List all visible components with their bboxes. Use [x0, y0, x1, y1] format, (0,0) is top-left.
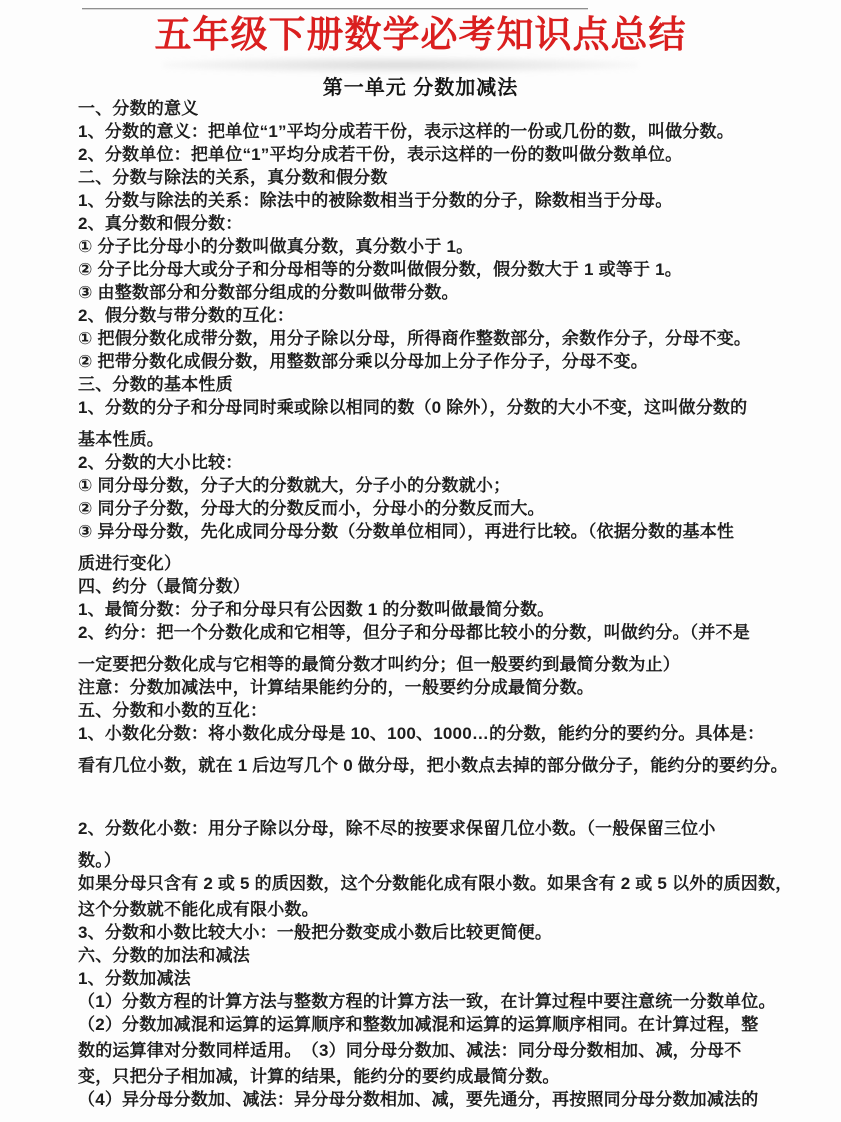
text-line: ③ 由整数部分和分数部分组成的分数叫做带分数。: [78, 281, 778, 304]
text-line: 1、分数加减法: [78, 967, 778, 990]
text-line: ③ 异分母分数，先化成同分母分数（分数单位相同），再进行比较。（依据分数的基本性: [78, 520, 778, 543]
text-line: 四、约分（最简分数）: [78, 575, 778, 598]
text-line: 数的运算律对分数同样适用。 （3）同分母分数加、减法：同分母分数相加、减，分母不: [78, 1039, 778, 1062]
text-line: 1、最简分数：分子和分母只有公因数 1 的分数叫做最简分数。: [78, 598, 778, 621]
text-line: 看有几位小数，就在 1 后边写几个 0 做分母，把小数点去掉的部分做分子，能约分…: [78, 754, 778, 777]
text-line: 2、分数化小数：用分子除以分母，除不尽的按要求保留几位小数。（一般保留三位小: [78, 817, 778, 840]
text-line: ① 把假分数化成带分数，用分子除以分母，所得商作整数部分，余数作分子，分母不变。: [78, 327, 778, 350]
text-line: 2、约分：把一个分数化成和它相等，但分子和分母都比较小的分数，叫做约分。（并不是: [78, 621, 778, 644]
text-line: 基本性质。: [78, 428, 778, 451]
text-line: 2、假分数与带分数的互化：: [78, 304, 778, 327]
text-line: （4）异分母分数加、减法：异分母分数相加、减，要先通分，再按照同分母分数加减法的: [78, 1088, 778, 1111]
document-page: 五年级下册数学必考知识点总结 第一单元 分数加减法 一、分数的意义1、分数的意义…: [0, 0, 841, 1122]
text-line: 三、分数的基本性质: [78, 373, 778, 396]
text-line: ① 分子比分母小的分数叫做真分数，真分数小于 1。: [78, 235, 778, 258]
text-line: 2、分数的大小比较：: [78, 451, 778, 474]
text-line: （1）分数方程的计算方法与整数方程的计算方法一致，在计算过程中要注意统一分数单位…: [78, 990, 778, 1013]
text-line: 一定要把分数化成与它相等的最简分数才叫约分；但一般要约到最简分数为止）: [78, 653, 778, 676]
text-line: ② 同分子分数，分母大的分数反而小，分母小的分数反而大。: [78, 497, 778, 520]
text-line: 3、分数和小数比较大小：一般把分数变成小数后比较更简便。: [78, 921, 778, 944]
text-line: 二、分数与除法的关系，真分数和假分数: [78, 166, 778, 189]
text-line: （2）分数加减混和运算的运算顺序和整数加减混和运算的运算顺序相同。在计算过程，整: [78, 1013, 778, 1036]
unit-heading: 第一单元 分数加减法: [323, 71, 519, 100]
text-line: 这个分数就不能化成有限小数。: [78, 898, 778, 921]
page-title: 五年级下册数学必考知识点总结: [0, 14, 841, 58]
text-line: 五、分数和小数的互化：: [78, 699, 778, 722]
text-line: 2、真分数和假分数：: [78, 212, 778, 235]
document-body: 一、分数的意义1、分数的意义：把单位“1”平均分成若干份，表示这样的一份或几份的…: [78, 97, 778, 1111]
text-line: 1、小数化分数：将小数化成分母是 10、100、1000…的分数，能约分的要约分…: [78, 722, 778, 745]
text-line: 变，只把分子相加减，计算的结果，能约分的要约成最简分数。: [78, 1065, 778, 1088]
text-line: ② 把带分数化成假分数，用整数部分乘以分母加上分子作分子，分母不变。: [78, 350, 778, 373]
text-line: 质进行变化）: [78, 552, 778, 575]
text-line: ① 同分母分数，分子大的分数就大，分子小的分数就小；: [78, 474, 778, 497]
text-line: 一、分数的意义: [78, 97, 778, 120]
text-line: 六、分数的加法和减法: [78, 944, 778, 967]
text-line: 1、分数的意义：把单位“1”平均分成若干份，表示这样的一份或几份的数，叫做分数。: [78, 120, 778, 143]
text-line: 数。）: [78, 849, 778, 872]
text-line: ② 分子比分母大或分子和分母相等的分数叫做假分数，假分数大于 1 或等于 1。: [78, 258, 778, 281]
text-line: 注意：分数加减法中，计算结果能约分的，一般要约分成最简分数。: [78, 676, 778, 699]
text-line: 如果分母只含有 2 或 5 的质因数，这个分数能化成有限小数。如果含有 2 或 …: [78, 872, 778, 895]
horizontal-rule: [82, 8, 588, 10]
text-line: 1、分数与除法的关系：除法中的被除数相当于分数的分子，除数相当于分母。: [78, 189, 778, 212]
text-line: 1、分数的分子和分母同时乘或除以相同的数（0 除外），分数的大小不变，这叫做分数…: [78, 396, 778, 419]
text-line: 2、分数单位：把单位“1”平均分成若干份，表示这样的一份的数叫做分数单位。: [78, 143, 778, 166]
unit-heading-row: 第一单元 分数加减法: [0, 71, 841, 100]
